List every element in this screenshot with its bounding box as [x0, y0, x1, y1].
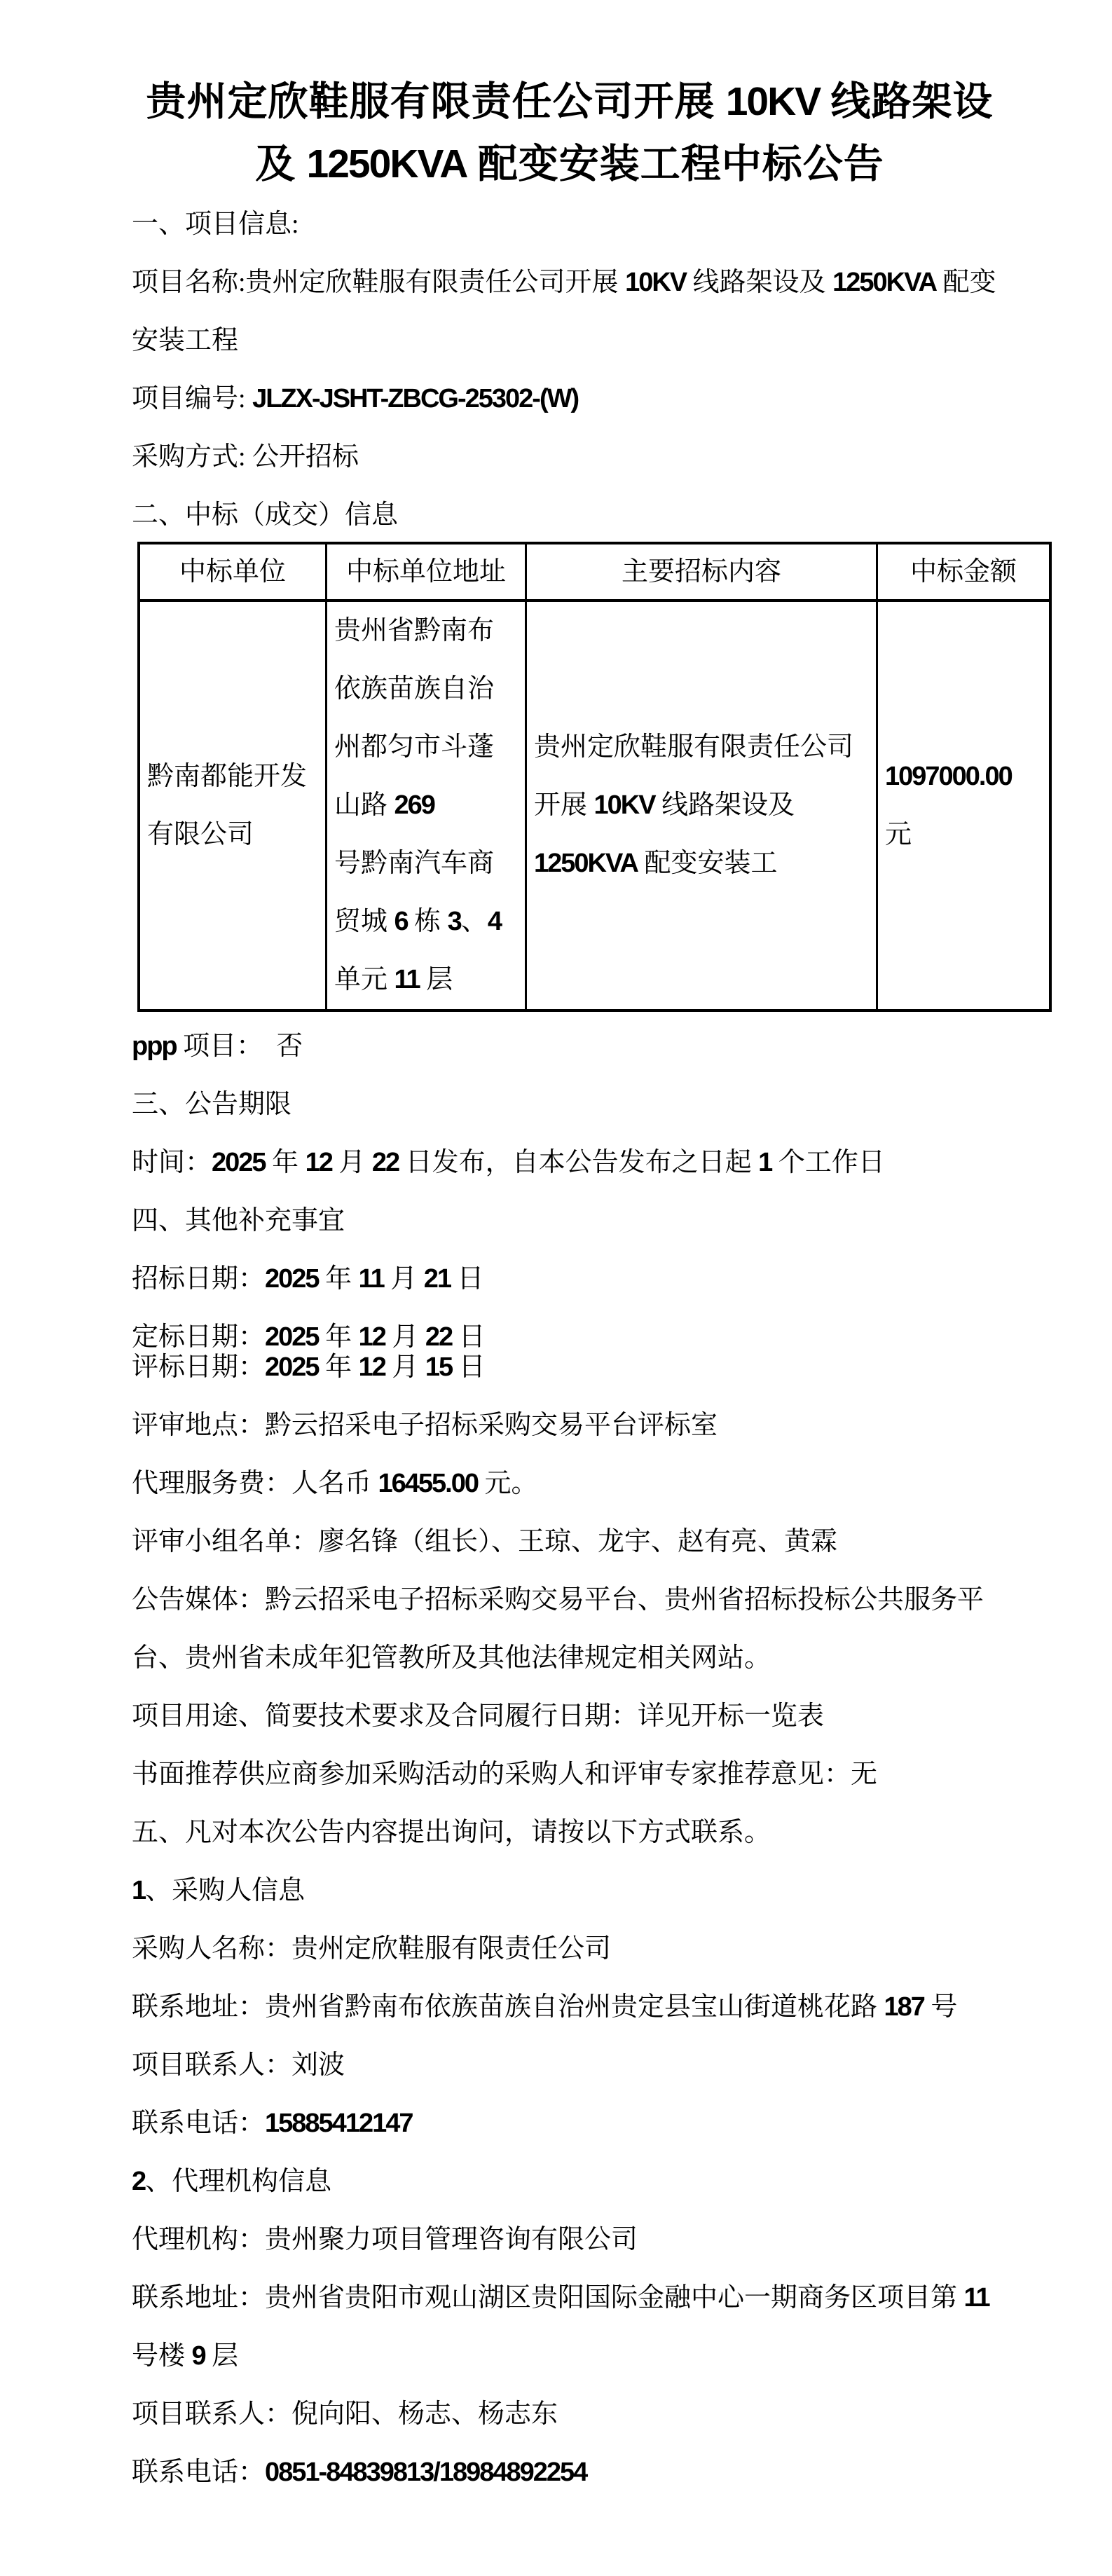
- address-line: 依族苗族自治: [334, 660, 518, 718]
- agency-service-fee: 代理服务费：人名币 16455.00 元。: [132, 1455, 1008, 1513]
- announcement-media-line-2: 台、贵州省未成年犯管教所及其他法律规定相关网站。: [132, 1629, 1008, 1687]
- section-3-heading: 三、公告期限: [132, 1076, 1008, 1134]
- bid-content-cell: 贵州定欣鞋服有限责任公司 开展 10KV 线路架设及 1250KVA 配变安装工: [526, 601, 877, 1010]
- winner-address-cell: 贵州省黔南布 依族苗族自治 州都匀市斗蓬 山路 269 号黔南汽车商 贸城 6 …: [327, 601, 526, 1010]
- announcement-time: 时间：2025 年 12 月 22 日发布，自本公告发布之日起 1 个工作日: [132, 1134, 1008, 1192]
- award-amount-cell: 1097000.00 元: [877, 601, 1051, 1010]
- address-line: 贸城 6 栋 3、4: [334, 893, 518, 951]
- address-line: 号黔南汽车商: [334, 835, 518, 893]
- section-5-heading: 五、凡对本次公告内容提出询问，请按以下方式联系。: [132, 1804, 1008, 1862]
- table-header-winner-address: 中标单位地址: [327, 543, 526, 601]
- table-data-row: 黔南都能开发 有限公司 贵州省黔南布 依族苗族自治 州都匀市斗蓬 山路 269 …: [139, 601, 1050, 1010]
- purchaser-contact: 项目联系人：刘波: [132, 2036, 1008, 2095]
- ppp-project: ppp 项目： 否: [132, 1018, 1008, 1076]
- agency-address-line-1: 联系地址：贵州省贵阳市观山湖区贵阳国际金融中心一期商务区项目第 11: [132, 2269, 1008, 2327]
- winner-cell: 黔南都能开发 有限公司: [139, 601, 327, 1010]
- document-title-line-1: 贵州定欣鞋服有限责任公司开展 10KV 线路架设: [132, 71, 1008, 133]
- award-amount-unit: 元: [885, 806, 1042, 864]
- agency-address-line-2: 号楼 9 层: [132, 2327, 1008, 2385]
- document-title: 贵州定欣鞋服有限责任公司开展 10KV 线路架设 及 1250KVA 配变安装工…: [132, 0, 1008, 196]
- table-header-winner: 中标单位: [139, 543, 327, 601]
- table-header-bid-content: 主要招标内容: [526, 543, 877, 601]
- procurement-method: 采购方式: 公开招标: [132, 428, 1008, 486]
- purchaser-info-heading: 1、采购人信息: [132, 1862, 1008, 1920]
- evaluation-place: 评审地点：黔云招采电子招标采购交易平台评标室: [132, 1397, 1008, 1455]
- evaluation-date: 评标日期：2025 年 12 月 15 日: [132, 1338, 1008, 1397]
- document-content: 贵州定欣鞋服有限责任公司开展 10KV 线路架设 及 1250KVA 配变安装工…: [132, 0, 1008, 2502]
- table-header-row: 中标单位 中标单位地址 主要招标内容 中标金额: [139, 543, 1050, 601]
- section-1-heading: 一、项目信息:: [132, 196, 1008, 254]
- address-line: 山路 269: [334, 776, 518, 835]
- agency-contact: 项目联系人：倪向阳、杨志、杨志东: [132, 2385, 1008, 2444]
- agency-info-heading: 2、代理机构信息: [132, 2153, 1008, 2211]
- agency-name: 代理机构：贵州聚力项目管理咨询有限公司: [132, 2211, 1008, 2269]
- bid-content-line: 1250KVA 配变安装工: [534, 835, 869, 893]
- winner-line: 黔南都能开发: [147, 748, 318, 806]
- section-2-heading: 二、中标（成交）信息: [132, 486, 1008, 544]
- project-usage: 项目用途、简要技术要求及合同履行日期：详见开标一览表: [132, 1687, 1008, 1746]
- bid-content-line: 开展 10KV 线路架设及: [534, 776, 869, 835]
- bid-content-line: 贵州定欣鞋服有限责任公司: [534, 718, 869, 776]
- project-name-line-1: 项目名称:贵州定欣鞋服有限责任公司开展 10KV 线路架设及 1250KVA 配…: [132, 254, 1008, 312]
- document-title-line-2: 及 1250KVA 配变安装工程中标公告: [132, 133, 1008, 196]
- written-recommendation: 书面推荐供应商参加采购活动的采购人和评审专家推荐意见：无: [132, 1746, 1008, 1804]
- project-name-line-2: 安装工程: [132, 312, 1008, 370]
- address-line: 单元 11 层: [334, 951, 518, 1009]
- table-header-award-amount: 中标金额: [877, 543, 1051, 601]
- announcement-document: 贵州定欣鞋服有限责任公司开展 10KV 线路架设 及 1250KVA 配变安装工…: [0, 0, 1112, 2576]
- winner-line: 有限公司: [147, 806, 318, 864]
- award-amount-value: 1097000.00: [885, 748, 1042, 806]
- purchaser-phone: 联系电话：15885412147: [132, 2095, 1008, 2153]
- address-line: 州都匀市斗蓬: [334, 718, 518, 776]
- purchaser-name: 采购人名称：贵州定欣鞋服有限责任公司: [132, 1920, 1008, 1978]
- review-committee: 评审小组名单：廖名锋（组长）、王琼、龙宇、赵有亮、黄霖: [132, 1513, 1008, 1571]
- agency-phone: 联系电话：0851-84839813/18984892254: [132, 2444, 1008, 2502]
- project-number: 项目编号: JLZX-JSHT-ZBCG-25302-(W): [132, 370, 1008, 428]
- award-info-table: 中标单位 中标单位地址 主要招标内容 中标金额 黔南都能开发 有限公司 贵州省黔…: [137, 542, 1052, 1012]
- bid-date: 招标日期：2025 年 11 月 21 日: [132, 1250, 1008, 1308]
- announcement-media-line-1: 公告媒体：黔云招采电子招标采购交易平台、贵州省招标投标公共服务平: [132, 1571, 1008, 1629]
- purchaser-address: 联系地址：贵州省黔南布依族苗族自治州贵定县宝山街道桃花路 187 号: [132, 1978, 1008, 2036]
- section-4-heading: 四、其他补充事宜: [132, 1192, 1008, 1250]
- address-line: 贵州省黔南布: [334, 602, 518, 660]
